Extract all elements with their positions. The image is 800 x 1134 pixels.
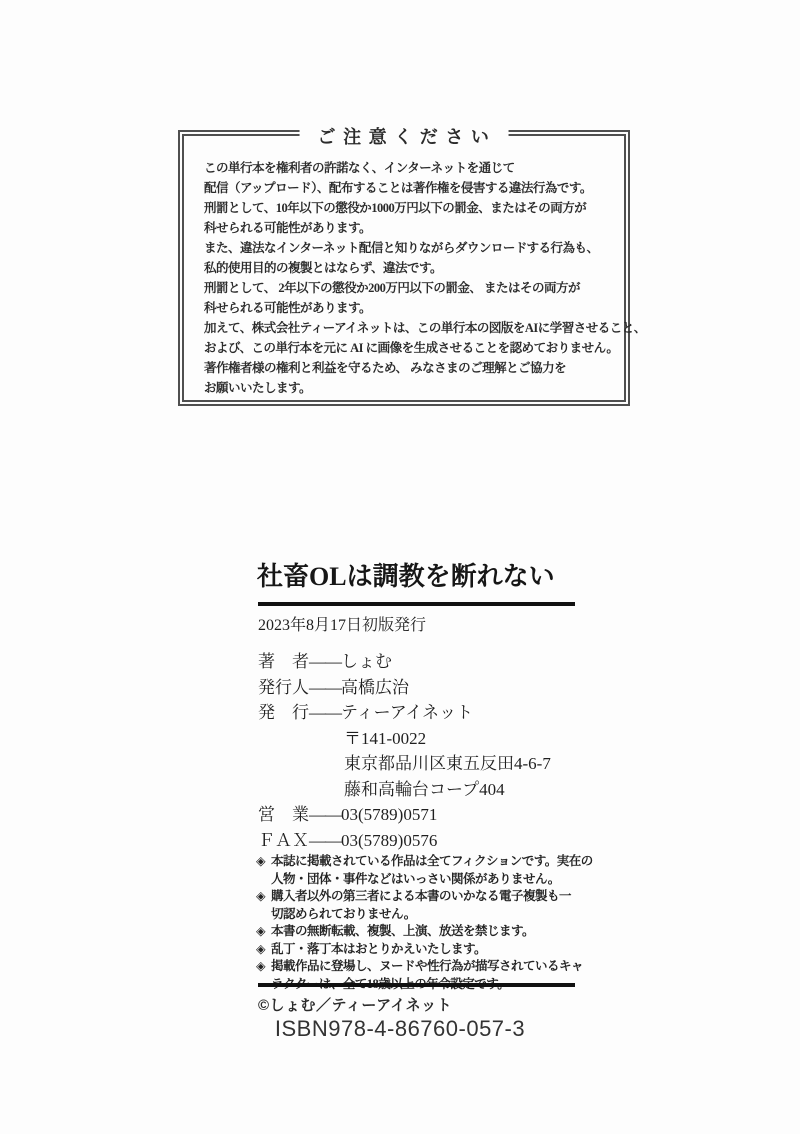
credit-value: 高橋広治 xyxy=(341,678,409,697)
legal-notes: ◈ 本誌に掲載されている作品は全てフィクションです。実在の 人物・団体・事件など… xyxy=(256,853,586,993)
address-line: 東京都品川区東五反田4-6-7 xyxy=(258,751,588,777)
note-item: ◈ 購入者以外の第三者による本書のいかなる電子複製も一 切認められておりません。 xyxy=(256,888,586,923)
diamond-bullet-icon: ◈ xyxy=(256,923,265,941)
note-item: ◈ 乱丁・落丁本はおとりかえいたします。 xyxy=(256,941,586,959)
credit-dash: —— xyxy=(309,652,341,671)
notice-line: また、違法なインターネット配信と知りながらダウンロードする行為も、 xyxy=(204,238,610,258)
note-item: ◈ 本誌に掲載されている作品は全てフィクションです。実在の 人物・団体・事件など… xyxy=(256,853,586,888)
publication-credits: 著 者——しょむ 発行人——高橋広治 発 行——ティーアイネット 〒141-00… xyxy=(258,649,588,853)
notice-line: この単行本を権利者の許諾なく、インターネットを通じて xyxy=(204,158,610,178)
copyright-line: ©しょむ／ティーアイネット xyxy=(258,994,452,1015)
credit-row: 発行人——高橋広治 xyxy=(258,675,588,701)
address-line: 藤和高輪台コープ404 xyxy=(258,777,588,803)
contact-row: 営 業——03(5789)0571 xyxy=(258,802,588,828)
title-divider-rule xyxy=(258,602,575,606)
contact-value: 03(5789)0576 xyxy=(341,831,437,850)
isbn: ISBN978-4-86760-057-3 xyxy=(0,1016,800,1042)
address-line: 〒141-0022 xyxy=(258,726,588,752)
note-lines: 本誌に掲載されている作品は全てフィクションです。実在の 人物・団体・事件などはい… xyxy=(271,853,586,888)
credit-value: ティーアイネット xyxy=(341,703,473,722)
contact-label: ＦＡＸ xyxy=(258,831,309,850)
contact-dash: —— xyxy=(309,805,341,824)
edition-date: 2023年8月17日初版発行 xyxy=(258,612,426,635)
notice-line: お願いいたします。 xyxy=(204,378,610,398)
notice-line: 科せられる可能性があります。 xyxy=(204,298,610,318)
notice-line: 刑罰として、 2年以下の懲役か200万円以下の罰金、 またはその両方が xyxy=(204,278,610,298)
notice-line: 配信（アップロード）、配布することは著作権を侵害する違法行為です。 xyxy=(204,178,610,198)
credit-value: しょむ xyxy=(341,652,392,671)
credit-dash: —— xyxy=(309,678,341,697)
credit-dash: —— xyxy=(309,703,341,722)
note-item: ◈ 本書の無断転載、複製、上演、放送を禁じます。 xyxy=(256,923,586,941)
notice-line: 私的使用目的の複製とはならず、違法です。 xyxy=(204,258,610,278)
notice-line: および、この単行本を元に AI に画像を生成させることを認めておりません。 xyxy=(204,338,610,358)
contact-label: 営 業 xyxy=(258,805,309,824)
copyright-notice-box: ご注意ください この単行本を権利者の許諾なく、インターネットを通じて 配信（アッ… xyxy=(178,130,630,406)
note-line: 本書の無断転載、複製、上演、放送を禁じます。 xyxy=(271,923,586,941)
book-title: 社畜OLは調教を断れない xyxy=(257,556,587,593)
contact-dash: —— xyxy=(309,831,341,850)
contact-rows: 営 業——03(5789)0571 ＦＡＸ——03(5789)0576 xyxy=(258,802,588,853)
note-line: 切認められておりません。 xyxy=(271,906,586,924)
note-lines: 乱丁・落丁本はおとりかえいたします。 xyxy=(271,941,586,959)
note-line: 購入者以外の第三者による本書のいかなる電子複製も一 xyxy=(271,888,586,906)
credit-label: 発行人 xyxy=(258,678,309,697)
credit-label: 著 者 xyxy=(258,652,309,671)
note-line: 乱丁・落丁本はおとりかえいたします。 xyxy=(271,941,586,959)
note-lines: 本書の無断転載、複製、上演、放送を禁じます。 xyxy=(271,923,586,941)
notice-line: 科せられる可能性があります。 xyxy=(204,218,610,238)
note-line: 掲載作品に登場し、ヌードや性行為が描写されているキャ xyxy=(271,958,586,976)
notice-line: 刑罰として、10年以下の懲役か1000万円以下の罰金、またはその両方が xyxy=(204,198,610,218)
diamond-bullet-icon: ◈ xyxy=(256,853,265,871)
note-lines: 掲載作品に登場し、ヌードや性行為が描写されているキャ ラクターは、全て18歳以上… xyxy=(271,958,586,993)
notice-box-title: ご注意ください xyxy=(300,123,509,149)
notice-box-body: この単行本を権利者の許諾なく、インターネットを通じて 配信（アップロード）、配布… xyxy=(184,136,624,398)
diamond-bullet-icon: ◈ xyxy=(256,888,265,906)
credit-row: 著 者——しょむ xyxy=(258,649,588,675)
publisher-address: 〒141-0022 東京都品川区東五反田4-6-7 藤和高輪台コープ404 xyxy=(258,726,588,803)
note-line: 人物・団体・事件などはいっさい関係がありません。 xyxy=(271,871,586,889)
note-lines: 購入者以外の第三者による本書のいかなる電子複製も一 切認められておりません。 xyxy=(271,888,586,923)
credit-row: 発 行——ティーアイネット xyxy=(258,700,588,726)
notice-line: 加えて、株式会社ティーアイネットは、この単行本の図版をAIに学習させること、 xyxy=(204,318,610,338)
notice-line: 著作権者様の権利と利益を守るため、 みなさまのご理解とご協力を xyxy=(204,358,610,378)
diamond-bullet-icon: ◈ xyxy=(256,941,265,959)
contact-row: ＦＡＸ——03(5789)0576 xyxy=(258,828,588,854)
contact-value: 03(5789)0571 xyxy=(341,805,437,824)
credit-rows: 著 者——しょむ 発行人——高橋広治 発 行——ティーアイネット xyxy=(258,649,588,726)
note-line: 本誌に掲載されている作品は全てフィクションです。実在の xyxy=(271,853,586,871)
diamond-bullet-icon: ◈ xyxy=(256,958,265,976)
bottom-divider-rule xyxy=(258,983,575,987)
note-item: ◈ 掲載作品に登場し、ヌードや性行為が描写されているキャ ラクターは、全て18歳… xyxy=(256,958,586,993)
credit-label: 発 行 xyxy=(258,703,309,722)
